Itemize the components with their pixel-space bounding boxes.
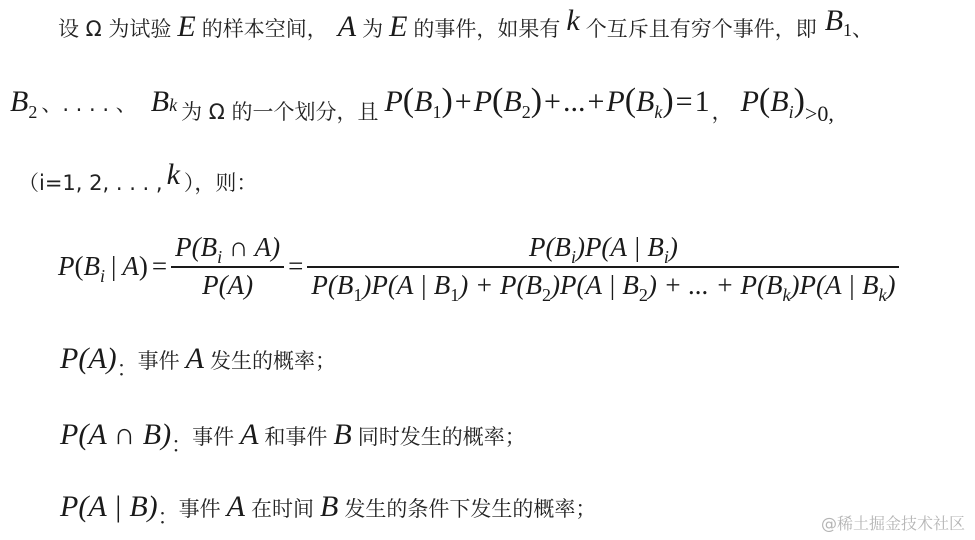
math-B: B xyxy=(825,4,843,38)
text: 和事件 xyxy=(264,421,327,451)
math-A: A xyxy=(240,418,258,452)
one: 1 xyxy=(695,85,710,119)
plus: + xyxy=(455,85,472,119)
text: 为 xyxy=(362,13,383,43)
watermark: @稀土掘金技术社区 xyxy=(821,511,965,534)
paragraph-line-3: （i=1, 2, . . . , k ），则： xyxy=(18,164,257,198)
symbol: P(A ∩ B) xyxy=(60,418,171,452)
subscript: 2 xyxy=(28,102,37,123)
math-P: P xyxy=(741,85,759,119)
text: 发生的概率； xyxy=(210,345,336,375)
given-bar: | xyxy=(111,251,116,282)
math-E: E xyxy=(177,10,195,44)
math-B: B xyxy=(320,490,338,524)
text: 事件 xyxy=(179,493,221,523)
text: ），则： xyxy=(184,167,258,197)
symbol: P(A | B) xyxy=(60,490,158,524)
fraction-2-numerator: P(Bi)P(A | Bi) xyxy=(525,232,682,263)
equals: = xyxy=(288,251,303,282)
math-B: B xyxy=(503,85,521,119)
text: 的样本空间， xyxy=(202,13,328,43)
subscript: 1 xyxy=(432,102,441,123)
text: 个互斥且有穷个事件，即 xyxy=(586,13,817,43)
text: 、 xyxy=(852,13,873,43)
math-k: k xyxy=(167,158,180,192)
math-B: B xyxy=(636,85,654,119)
definition-P-A: P(A) ： 事件 A 发生的概率； xyxy=(60,342,336,376)
math-B: B xyxy=(333,418,351,452)
paragraph-line-2: B 2 、. . . . 、 B k 为 Ω 的一个划分，且 P(B1) + P… xyxy=(10,82,834,120)
text: （i=1, 2, . . . , xyxy=(18,167,163,197)
math-A: A xyxy=(122,251,139,282)
text: 发生的条件下发生的概率； xyxy=(344,493,596,523)
math-A: A xyxy=(338,10,356,44)
math-A: A xyxy=(186,342,204,376)
text: 同时发生的概率； xyxy=(358,421,526,451)
subscript: k xyxy=(654,102,662,123)
text: 、. . . . 、 xyxy=(41,88,136,118)
fraction-1-numerator: P(Bi ∩ A) xyxy=(171,232,284,263)
math-B: B xyxy=(414,85,432,119)
equals: = xyxy=(152,251,167,282)
math-sum-equals-one: P(B1) + P(B2) + ... + P(Bk) = 1 xyxy=(384,82,709,120)
text: 事件 xyxy=(192,421,234,451)
text: 设 Ω 为试验 xyxy=(58,13,171,43)
subscript: 2 xyxy=(522,102,531,123)
math-B: B xyxy=(770,85,788,119)
plus: + xyxy=(587,85,604,119)
fraction-1: P(Bi ∩ A) P(A) xyxy=(171,232,284,301)
math-P: P xyxy=(384,85,402,119)
symbol: P(A) xyxy=(60,342,117,376)
ellipsis: ... xyxy=(563,85,586,119)
definition-P-A-and-B: P(A ∩ B) ： 事件 A 和事件 B 同时发生的概率； xyxy=(60,418,526,452)
paragraph-line-1: 设 Ω 为试验 E 的样本空间， A 为 E 的事件，如果有 k 个互斥且有穷个… xyxy=(58,10,873,44)
fraction-2: P(Bi)P(A | Bi) P(B1)P(A | B1) + P(B2)P(A… xyxy=(307,232,899,301)
subscript: i xyxy=(100,266,105,287)
math-B: B xyxy=(151,85,169,119)
math-B: B xyxy=(84,251,101,282)
text: 为 Ω 的一个划分，且 xyxy=(181,96,378,126)
fraction-bar xyxy=(171,266,284,268)
text: ， xyxy=(712,96,733,126)
text: ： xyxy=(171,429,192,459)
math-P: P xyxy=(58,251,75,282)
equals: = xyxy=(676,85,693,119)
math-A: A xyxy=(227,490,245,524)
text: ： xyxy=(158,501,179,531)
fraction-1-denominator: P(A) xyxy=(198,270,257,301)
math-k: k xyxy=(566,4,579,38)
text: 在时间 xyxy=(251,493,314,523)
text: 事件 xyxy=(138,345,180,375)
plus: + xyxy=(544,85,561,119)
formula-lhs: P(Bi|A) xyxy=(58,251,148,282)
math-P: P xyxy=(474,85,492,119)
math-P-Bi: P(Bi) xyxy=(741,82,805,120)
text: 的事件，如果有 xyxy=(413,13,560,43)
math-B: B xyxy=(10,85,28,119)
text: >0, xyxy=(805,101,834,127)
subscript: i xyxy=(789,102,794,123)
math-E: E xyxy=(389,10,407,44)
text: ： xyxy=(117,353,138,383)
fraction-2-denominator: P(B1)P(A | B1) + P(B2)P(A | B2) + ... + … xyxy=(307,270,899,301)
definition-P-A-given-B: P(A | B) ： 事件 A 在时间 B 发生的条件下发生的概率； xyxy=(60,490,596,524)
bayes-formula: P(Bi|A) = P(Bi ∩ A) P(A) = P(Bi)P(A | Bi… xyxy=(58,232,899,301)
math-P: P xyxy=(606,85,624,119)
subscript: k xyxy=(169,95,177,116)
subscript: 1 xyxy=(843,20,852,41)
fraction-bar xyxy=(307,266,899,268)
